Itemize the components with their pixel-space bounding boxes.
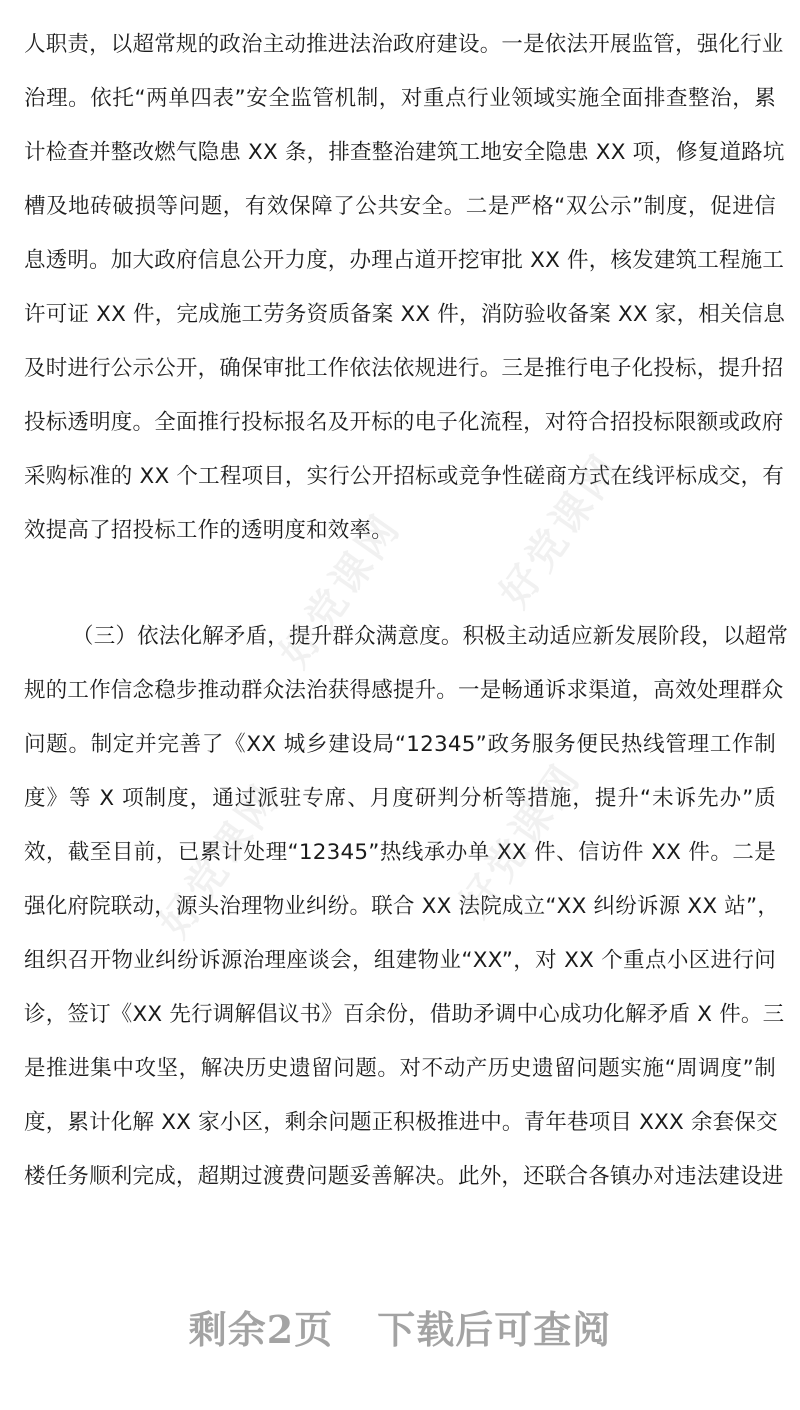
section-heading-line: （三）依法化解矛盾，提升群众满意度。积极主动适应新发展阶段，以超常 — [24, 610, 776, 664]
paragraph-section-3: （三）依法化解矛盾，提升群众满意度。积极主动适应新发展阶段，以超常 规的工作信念… — [24, 610, 776, 1204]
document-page: 一一一一一一一一一一一一一一一一一一一一一一一一一一一一一一一一 人职责，以超常… — [0, 0, 800, 1410]
text-line: 计检查并整改燃气隐患 XX 条，排查整治建筑工地安全隐患 XX 项，修复道路坑 — [24, 126, 776, 180]
text-line: 诊，签订《XX 先行调解倡议书》百余份，借助矛调中心成功化解矛盾 X 件。三 — [24, 988, 776, 1042]
text-line: 度，累计化解 XX 家小区，剩余问题正积极推进中。青年巷项目 XXX 余套保交 — [24, 1096, 776, 1150]
text-line: 槽及地砖破损等问题，有效保障了公共安全。二是严格“双公示”制度，促进信 — [24, 180, 776, 234]
text-line: 治理。依托“两单四表”安全监管机制，对重点行业领域实施全面排查整治，累 — [24, 72, 776, 126]
text-line: 效提高了招投标工作的透明度和效率。 — [24, 504, 776, 558]
text-line: 规的工作信念稳步推动群众法治获得感提升。一是畅通诉求渠道，高效处理群众 — [24, 664, 776, 718]
text-line: 问题。制定并完善了《XX 城乡建设局“12345”政务服务便民热线管理工作制 — [24, 718, 776, 772]
text-line: 采购标准的 XX 个工程项目，实行公开招标或竞争性磋商方式在线评标成交，有 — [24, 450, 776, 504]
text-line: 息透明。加大政府信息公开力度，办理占道开挖审批 XX 件，核发建筑工程施工 — [24, 234, 776, 288]
text-line: 组织召开物业纠纷诉源治理座谈会，组建物业“XX”，对 XX 个重点小区进行问 — [24, 934, 776, 988]
remaining-pages-banner[interactable]: 剩余2页下载后可查阅 — [0, 1300, 800, 1360]
text-line: 投标透明度。全面推行投标报名及开标的电子化流程，对符合招投标限额或政府 — [24, 396, 776, 450]
text-line: 是推进集中攻坚，解决历史遗留问题。对不动产历史遗留问题实施“周调度”制 — [24, 1042, 776, 1096]
clipped-previous-line: 一一一一一一一一一一一一一一一一一一一一一一一一一一一一一一一一 — [24, 0, 784, 6]
text-line: 楼任务顺利完成，超期过渡费问题妥善解决。此外，还联合各镇办对违法建设进 — [24, 1150, 776, 1204]
remaining-pages-label: 剩余2页 — [189, 1300, 333, 1360]
text-line: 许可证 XX 件，完成施工劳务资质备案 XX 件，消防验收备案 XX 家，相关信… — [24, 288, 776, 342]
download-prompt-label: 下载后可查阅 — [377, 1300, 611, 1360]
text-line: 及时进行公示公开，确保审批工作依法依规进行。三是推行电子化投标，提升招 — [24, 342, 776, 396]
text-line: 强化府院联动，源头治理物业纠纷。联合 XX 法院成立“XX 纠纷诉源 XX 站”… — [24, 880, 776, 934]
text-line: 度》等 X 项制度，通过派驻专席、月度研判分析等措施，提升“未诉先办”质 — [24, 772, 776, 826]
text-line: 效，截至目前，已累计处理“12345”热线承办单 XX 件、信访件 XX 件。二… — [24, 826, 776, 880]
text-line: 人职责，以超常规的政治主动推进法治政府建设。一是依法开展监管，强化行业 — [24, 18, 776, 72]
paragraph-section-2-continued: 人职责，以超常规的政治主动推进法治政府建设。一是依法开展监管，强化行业 治理。依… — [24, 18, 776, 558]
